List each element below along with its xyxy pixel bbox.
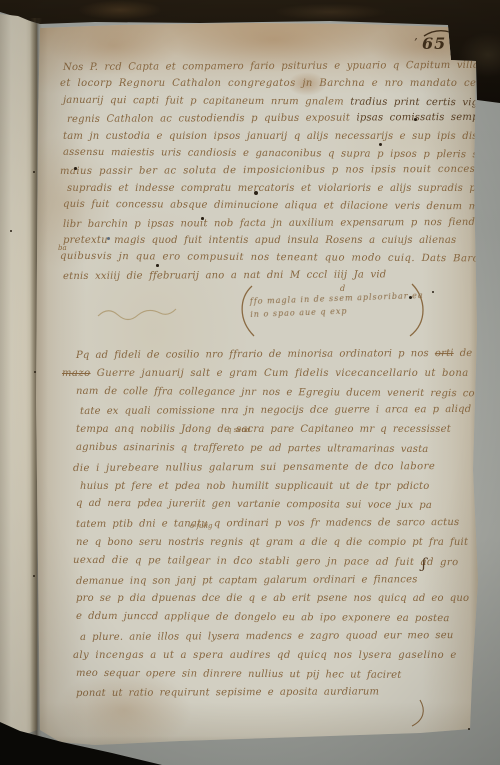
manuscript-photo: ’ 65 Nos P. rcd Capta et compamero fario…	[0, 0, 500, 765]
page-edge-shadow	[34, 22, 480, 746]
stitching-hole	[10, 230, 12, 232]
ink-speck	[156, 264, 159, 267]
manuscript-page: ’ 65 Nos P. rcd Capta et compamero fario…	[34, 22, 480, 746]
ink-speck	[254, 191, 258, 195]
stitching-hole	[33, 575, 35, 577]
ink-speck	[409, 296, 412, 299]
ink-speck	[379, 143, 382, 146]
stitching-hole	[33, 171, 35, 173]
ink-speck	[107, 237, 110, 240]
ink-speck	[414, 118, 417, 121]
stitching-hole	[34, 371, 36, 373]
ink-speck	[201, 217, 204, 220]
ink-speck	[74, 167, 77, 170]
ink-speck	[468, 728, 470, 730]
ink-speck	[432, 291, 434, 293]
